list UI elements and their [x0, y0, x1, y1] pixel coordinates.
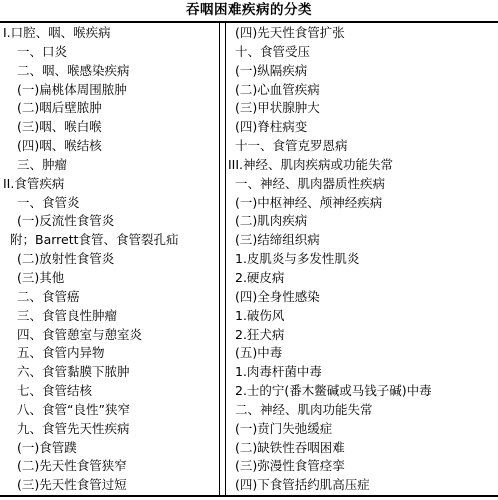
list-item: 一、食管炎 — [0, 194, 219, 213]
list-item: (二)肌肉疾病 — [226, 212, 498, 231]
list-item: (二)缺铁性吞咽困难 — [226, 439, 498, 458]
list-item: 2.硬皮病 — [226, 269, 498, 288]
list-item: (五)中毒 — [226, 344, 498, 363]
list-item: (一)反流性食管炎 — [0, 212, 219, 231]
list-item: 1.皮肌炎与多发性肌炎 — [226, 250, 498, 269]
list-item: (一)扁桃体周围脓肿 — [0, 81, 219, 100]
list-item: 2.狂犬病 — [226, 326, 498, 345]
list-item: (三)弥漫性食管痉挛 — [226, 457, 498, 476]
list-item: (四)先天性食管扩张 — [226, 24, 498, 43]
list-item: 六、食管黏膜下脓肿 — [0, 363, 219, 382]
right-column: (四)先天性食管扩张十、食管受压(一)纵隔疾病(二)心血管疾病(三)甲状腺肿大(… — [226, 23, 498, 495]
list-item: 1.肉毒杆菌中毒 — [226, 363, 498, 382]
left-column: I.口腔、咽、喉疾病一、口炎二、咽、喉感染疾病(一)扁桃体周围脓肿(二)咽后壁脓… — [0, 23, 220, 495]
list-item: 1.破伤风 — [226, 307, 498, 326]
list-item: (一)食管蹼 — [0, 439, 219, 458]
list-item: (二)咽后壁脓肿 — [0, 99, 219, 118]
list-item: 二、神经、肌肉功能失常 — [226, 401, 498, 420]
classification-table: I.口腔、咽、喉疾病一、口炎二、咽、喉感染疾病(一)扁桃体周围脓肿(二)咽后壁脓… — [0, 21, 498, 497]
list-item: 四、食管憩室与憩室炎 — [0, 326, 219, 345]
list-item: (一)纵隔疾病 — [226, 62, 498, 81]
list-item: 三、食管良性肿瘤 — [0, 307, 219, 326]
list-item: 十、食管受压 — [226, 43, 498, 62]
page-title: 吞咽困难疾病的分类 — [0, 0, 498, 21]
list-item: (四)脊柱病变 — [226, 118, 498, 137]
list-item: II.食管疾病 — [0, 175, 219, 194]
list-item: 二、咽、喉感染疾病 — [0, 62, 219, 81]
list-item: (二)放射性食管炎 — [0, 250, 219, 269]
list-item: (二)心血管疾病 — [226, 81, 498, 100]
classification-table-page: 吞咽困难疾病的分类 I.口腔、咽、喉疾病一、口炎二、咽、喉感染疾病(一)扁桃体周… — [0, 0, 498, 500]
list-item: 九、食管先天性疾病 — [0, 420, 219, 439]
list-item: 2.士的宁(番木鳖碱或马钱子碱)中毒 — [226, 382, 498, 401]
list-item: III.神经、肌肉疾病或功能失常 — [226, 156, 498, 175]
list-item: (四)下食管括约肌高压症 — [226, 476, 498, 495]
list-item: (三)咽、喉白喉 — [0, 118, 219, 137]
list-item: 八、食管“良性”狭窄 — [0, 401, 219, 420]
list-item: 附；Barrett食管、食管裂孔疝 — [0, 231, 219, 250]
list-item: (二)先天性食管狭窄 — [0, 457, 219, 476]
list-item: I.口腔、咽、喉疾病 — [0, 24, 219, 43]
list-item: 五、食管内异物 — [0, 344, 219, 363]
list-item: (三)其他 — [0, 269, 219, 288]
list-item: 三、肿瘤 — [0, 156, 219, 175]
list-item: (三)结缔组织病 — [226, 231, 498, 250]
list-item: 七、食管结核 — [0, 382, 219, 401]
list-item: (一)贲门失弛缓症 — [226, 420, 498, 439]
list-item: (三)甲状腺肿大 — [226, 99, 498, 118]
list-item: (三)先天性食管过短 — [0, 476, 219, 495]
list-item: 一、口炎 — [0, 43, 219, 62]
list-item: 十一、食管克罗恩病 — [226, 137, 498, 156]
list-item: 二、食管癌 — [0, 288, 219, 307]
list-item: (一)中枢神经、颅神经疾病 — [226, 194, 498, 213]
list-item: 一、神经、肌肉器质性疾病 — [226, 175, 498, 194]
list-item: (四)咽、喉结核 — [0, 137, 219, 156]
list-item: (四)全身性感染 — [226, 288, 498, 307]
